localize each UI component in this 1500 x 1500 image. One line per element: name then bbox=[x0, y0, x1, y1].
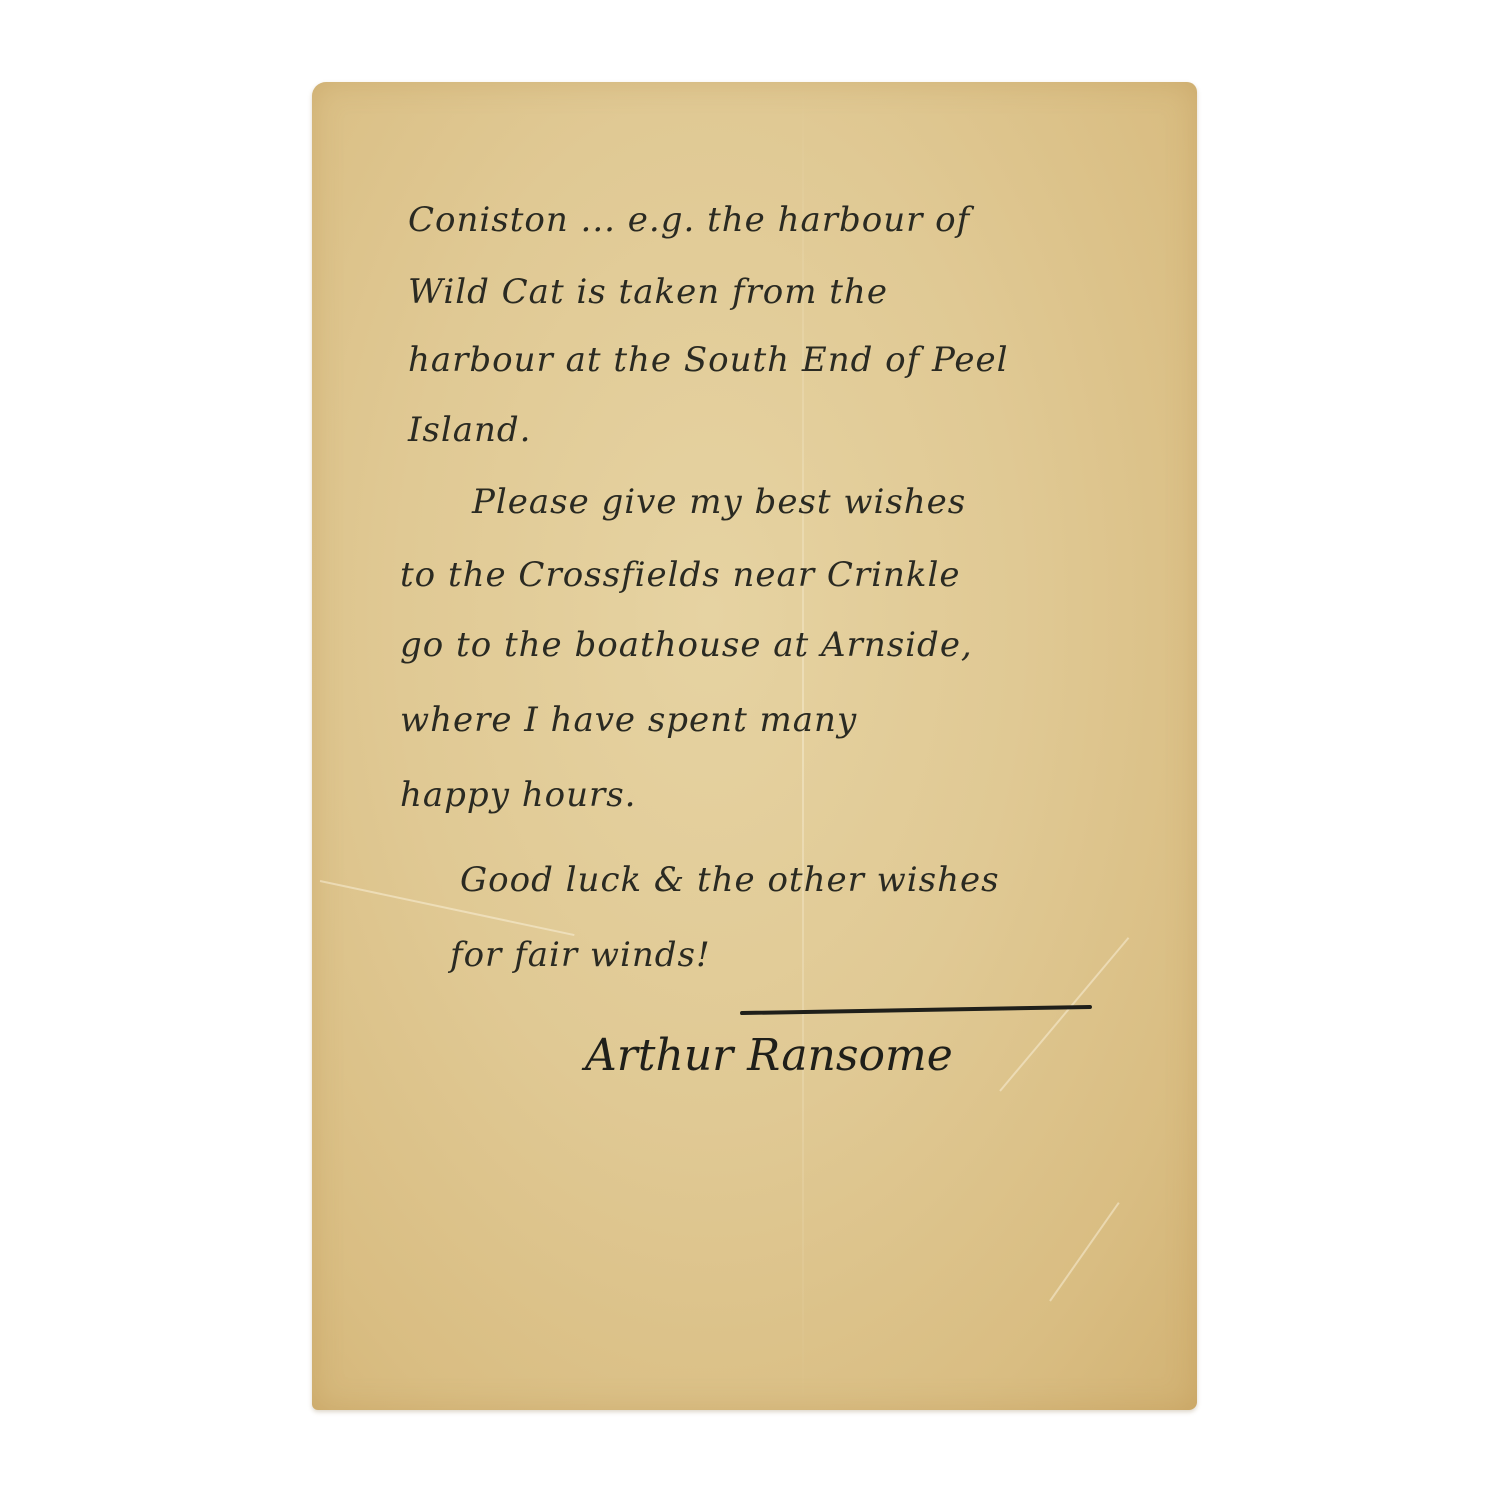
letter-line-6: to the Crossfields near Crinkle bbox=[400, 555, 961, 595]
letter-line-11: for fair winds! bbox=[450, 935, 711, 975]
letter-line-1: Coniston ... e.g. the harbour of bbox=[408, 200, 970, 240]
letter-line-2: Wild Cat is taken from the bbox=[408, 272, 888, 312]
signature: Arthur Ransome bbox=[585, 1030, 953, 1081]
letter-line-8: where I have spent many bbox=[400, 700, 857, 740]
letter-line-5: Please give my best wishes bbox=[472, 482, 966, 522]
letter-line-10: Good luck & the other wishes bbox=[460, 860, 1000, 900]
letter-line-3: harbour at the South End of Peel bbox=[408, 340, 1009, 380]
letter-line-9: happy hours. bbox=[400, 775, 637, 815]
letter-line-7: go to the boathouse at Arnside, bbox=[400, 625, 973, 665]
letter-line-4: Island. bbox=[408, 410, 532, 450]
